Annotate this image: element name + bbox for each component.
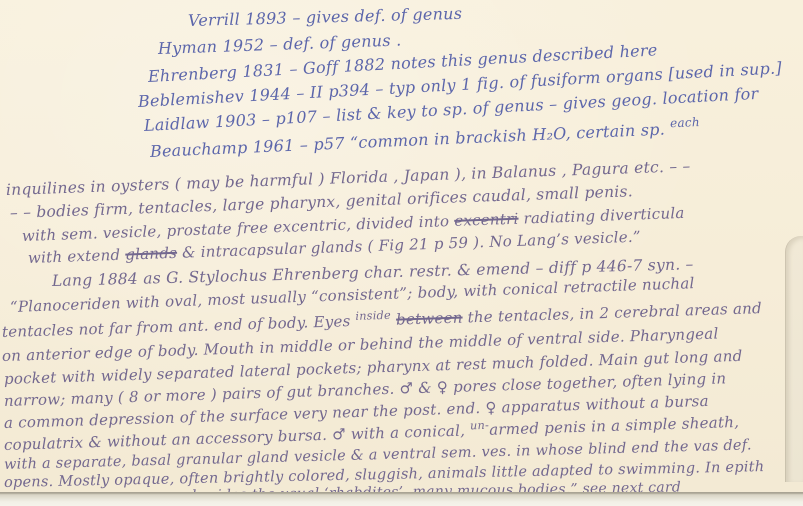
struck-word: glands [125, 244, 177, 264]
card-bottom-edge [0, 492, 803, 506]
struck-word: between [396, 309, 463, 329]
text-segment: radiating diverticula [518, 204, 685, 228]
underlying-card-edge [785, 236, 803, 482]
text-segment: Hyman 1952 – def. of genus . [158, 31, 402, 58]
struck-word: excentri [454, 210, 519, 230]
handwritten-line-2: Hyman 1952 – def. of genus . [158, 32, 402, 58]
text-segment: the tentacles, in 2 cerebral areas and [462, 299, 762, 326]
index-card: Verrill 1893 – gives def. of genusHyman … [0, 0, 803, 492]
inserted-word: un- [470, 419, 489, 433]
text-segment: armed penis in a simple sheath, [489, 413, 740, 439]
scanned-page: Verrill 1893 – gives def. of genusHyman … [0, 0, 803, 506]
handwritten-line-1: Verrill 1893 – gives def. of genus [188, 5, 463, 30]
text-segment: Verrill 1893 – gives def. of genus [188, 4, 463, 30]
text-segment: with extend [28, 246, 126, 267]
inserted-word: inside [355, 309, 391, 323]
inserted-word: each [670, 115, 700, 130]
